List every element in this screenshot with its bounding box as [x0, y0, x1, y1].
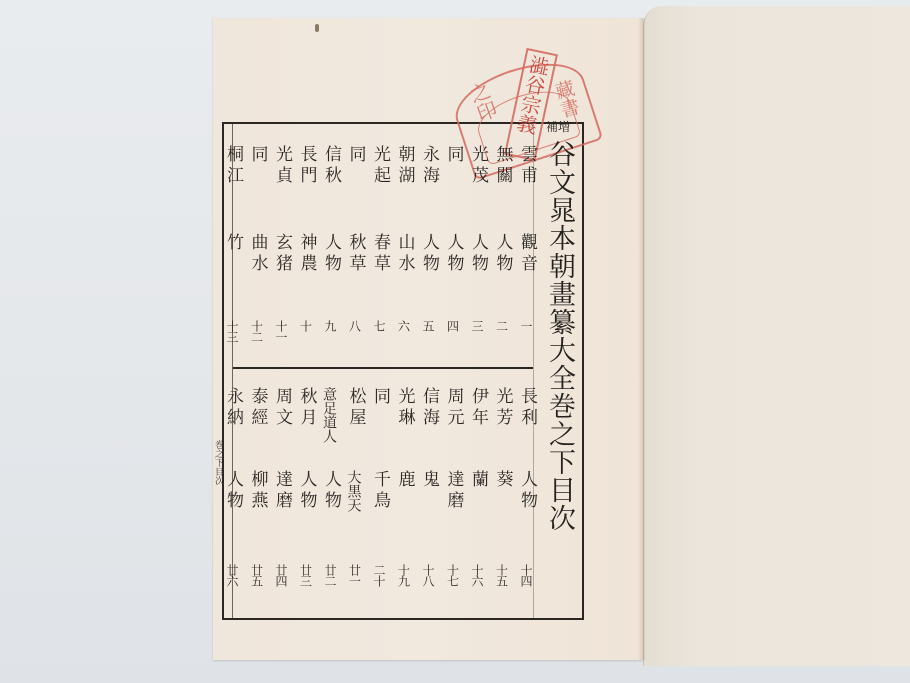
toc-subject: 秋草	[347, 233, 364, 275]
toc-page-number: 九	[324, 320, 336, 331]
toc-subject: 曲水	[249, 233, 266, 275]
toc-page-number: 四	[447, 320, 459, 331]
toc-subject: 人物	[322, 470, 339, 512]
title-prefix: 増補	[546, 118, 570, 135]
toc-subject: 千鳥	[371, 470, 388, 512]
toc-subject: 蘭	[469, 470, 486, 491]
toc-artist: 無關	[494, 145, 511, 187]
toc-subject: 人物	[420, 233, 437, 275]
toc-artist: 同	[249, 145, 266, 166]
toc-page-number: 二	[496, 320, 508, 331]
toc-page-number: 八	[349, 320, 361, 331]
toc-page-number: 十一	[275, 320, 287, 342]
toc-artist: 桐江	[224, 145, 241, 187]
toc-subject: 人物	[445, 233, 462, 275]
toc-subject: 葵	[494, 470, 511, 491]
toc-subject: 人物	[224, 470, 241, 512]
toc-subject: 鬼	[420, 470, 437, 491]
toc-artist: 伊年	[469, 387, 486, 429]
toc-subject: 鹿	[396, 470, 413, 491]
toc-page-number: 五	[422, 320, 434, 331]
toc-subject: 觀音	[518, 233, 535, 275]
toc-page-number: 廿五	[251, 564, 263, 586]
toc-artist: 光起	[371, 145, 388, 187]
toc-artist: 光貞	[273, 145, 290, 187]
paper-speck	[315, 24, 319, 32]
toc-page-number: 廿二	[324, 564, 336, 586]
toc-page-number: 十四	[520, 564, 532, 586]
toc-page-number: 廿一	[349, 564, 361, 586]
toc-page-number: 廿六	[226, 564, 238, 586]
toc-artist: 同	[445, 145, 462, 166]
toc-artist: 永納	[224, 387, 241, 429]
toc-page-number: 十九	[398, 564, 410, 586]
toc-page-number: 一	[520, 320, 532, 331]
toc-artist: 光茂	[469, 145, 486, 187]
toc-artist: 朝湖	[396, 145, 413, 187]
title-rule	[533, 124, 534, 618]
toc-artist: 信海	[420, 387, 437, 429]
margin-label: 巻之下目次	[213, 440, 223, 485]
toc-artist: 秋月	[298, 387, 315, 429]
toc-page-number: 十六	[471, 564, 483, 586]
toc-subject: 達磨	[273, 470, 290, 512]
toc-page-number: 十七	[447, 564, 459, 586]
toc-artist: 周文	[273, 387, 290, 429]
toc-artist: 同	[347, 145, 364, 166]
toc-subject: 神農	[298, 233, 315, 275]
toc-artist: 意足道人	[322, 387, 336, 443]
toc-page-number: 廿四	[275, 564, 287, 586]
toc-page-number: 十	[300, 320, 312, 331]
toc-artist: 信秋	[322, 145, 339, 187]
toc-artist: 長門	[298, 145, 315, 187]
toc-artist: 光琳	[396, 387, 413, 429]
toc-subject: 人物	[518, 470, 535, 512]
toc-artist: 周元	[445, 387, 462, 429]
toc-artist: 光芳	[494, 387, 511, 429]
toc-subject: 玄猪	[273, 233, 290, 275]
toc-subject: 竹	[224, 233, 241, 254]
toc-subject: 人物	[322, 233, 339, 275]
toc-page-number: 十五	[496, 564, 508, 586]
toc-artist: 同	[371, 387, 388, 408]
toc-page-number: 廿三	[300, 564, 312, 586]
page-frame	[222, 122, 584, 620]
toc-artist: 泰經	[249, 387, 266, 429]
toc-subject: 人物	[494, 233, 511, 275]
toc-page-number: 二十	[373, 564, 385, 586]
toc-subject: 大黒天	[347, 470, 361, 512]
margin-rule	[232, 124, 233, 618]
toc-artist: 長利	[518, 387, 535, 429]
toc-page-number: 六	[398, 320, 410, 331]
toc-subject: 人物	[469, 233, 486, 275]
page-title: 谷文晁本朝畫纂大全巻之下目次	[546, 140, 573, 532]
toc-page-number: 七	[373, 320, 385, 331]
toc-subject: 達磨	[445, 470, 462, 512]
right-page-blank	[643, 6, 910, 666]
toc-artist: 永海	[420, 145, 437, 187]
toc-artist: 松屋	[347, 387, 364, 429]
toc-artist: 雲甫	[518, 145, 535, 187]
toc-page-number: 十二	[251, 320, 263, 342]
section-divider	[233, 367, 533, 369]
toc-subject: 柳燕	[249, 470, 266, 512]
toc-page-number: 十八	[422, 564, 434, 586]
toc-subject: 人物	[298, 470, 315, 512]
toc-subject: 春草	[371, 233, 388, 275]
book-gutter	[638, 18, 646, 660]
toc-subject: 山水	[396, 233, 413, 275]
toc-page-number: 十三	[226, 320, 238, 342]
toc-page-number: 三	[471, 320, 483, 331]
